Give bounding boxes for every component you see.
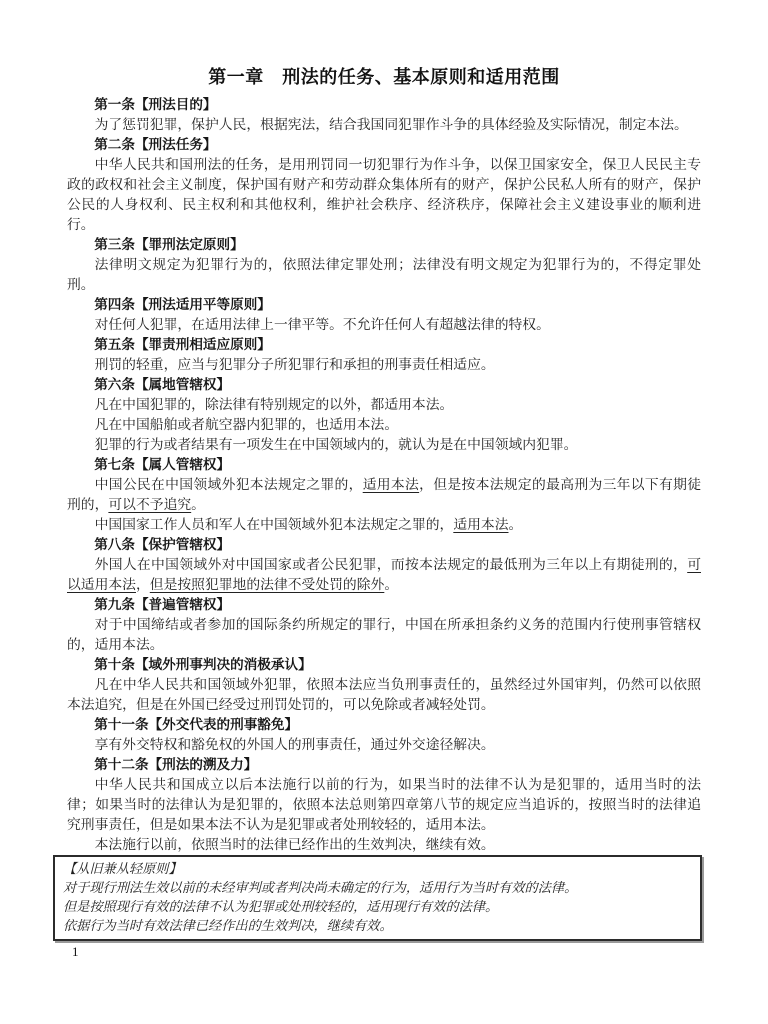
article-heading: 第一条【刑法目的】 <box>67 95 701 115</box>
text-segment: 对于中国缔结或者参加的国际条约所规定的罪行，中国在所承担条约义务的范围内行使刑事… <box>67 617 701 652</box>
article-paragraph: 凡在中国船舶或者航空器内犯罪的，也适用本法。 <box>67 415 701 435</box>
article-heading: 第八条【保护管辖权】 <box>67 535 701 555</box>
page-number: 1 <box>72 944 79 960</box>
text-segment: 。 <box>384 577 398 592</box>
article-heading: 第五条【罪责刑相适应原则】 <box>67 335 701 355</box>
text-segment: 法律明文规定为犯罪行为的，依照法律定罪处刑；法律没有明文规定为犯罪行为的，不得定… <box>67 257 701 292</box>
article-paragraph: 外国人在中国领域外对中国国家或者公民犯罪，而按本法规定的最低刑为三年以上有期徒刑… <box>67 555 701 595</box>
article-heading: 第四条【刑法适用平等原则】 <box>67 295 701 315</box>
article-paragraph: 中华人民共和国成立以后本法施行以前的行为，如果当时的法律不认为是犯罪的，适用当时… <box>67 775 701 835</box>
article-paragraph: 刑罚的轻重，应当与犯罪分子所犯罪行和承担的刑事责任相适应。 <box>67 355 701 375</box>
article-heading: 第七条【属人管辖权】 <box>67 455 701 475</box>
text-segment: ， <box>136 577 150 592</box>
article-paragraph: 凡在中国犯罪的，除法律有特别规定的以外，都适用本法。 <box>67 395 701 415</box>
articles-section: 第一条【刑法目的】为了惩罚犯罪，保护人民，根据宪法，结合我国同犯罪作斗争的具体经… <box>67 95 701 855</box>
text-segment: 中国公民在中国领域外犯本法规定之罪的， <box>95 477 363 492</box>
article-paragraph: 中国公民在中国领域外犯本法规定之罪的，适用本法，但是按本法规定的最高刑为三年以下… <box>67 475 701 515</box>
text-segment: 中华人民共和国成立以后本法施行以前的行为，如果当时的法律不认为是犯罪的，适用当时… <box>67 777 701 832</box>
underlined-text: 适用本法 <box>363 477 419 492</box>
underlined-text: 可以不予追究 <box>108 497 191 512</box>
article-paragraph: 对任何人犯罪，在适用法律上一律平等。不允许任何人有超越法律的特权。 <box>67 315 701 335</box>
text-segment: 享有外交特权和豁免权的外国人的刑事责任，通过外交途径解决。 <box>95 737 495 752</box>
article-paragraph: 中国国家工作人员和军人在中国领域外犯本法规定之罪的，适用本法。 <box>67 515 701 535</box>
annotation-line: 依据行为当时有效法律已经作出的生效判决，继续有效。 <box>63 916 692 935</box>
text-segment: 为了惩罚犯罪，保护人民，根据宪法，结合我国同犯罪作斗争的具体经验及实际情况，制定… <box>95 117 688 132</box>
text-segment: 本法施行以前，依照当时的法律已经作出的生效判决，继续有效。 <box>95 837 495 852</box>
article-heading: 第十条【域外刑事判决的消极承认】 <box>67 655 701 675</box>
text-segment: 对任何人犯罪，在适用法律上一律平等。不允许任何人有超越法律的特权。 <box>95 317 550 332</box>
article-paragraph: 享有外交特权和豁免权的外国人的刑事责任，通过外交途径解决。 <box>67 735 701 755</box>
article-paragraph: 凡在中华人民共和国领域外犯罪，依照本法应当负刑事责任的，虽然经过外国审判，仍然可… <box>67 675 701 715</box>
article-heading: 第二条【刑法任务】 <box>67 135 701 155</box>
text-segment: 。 <box>509 517 523 532</box>
annotation-box-lines: 对于现行刑法生效以前的未经审判或者判决尚未确定的行为，适用行为当时有效的法律。但… <box>63 878 692 935</box>
document-page: 第一章 刑法的任务、基本原则和适用范围 第一条【刑法目的】为了惩罚犯罪，保护人民… <box>0 0 768 1024</box>
text-segment: 刑罚的轻重，应当与犯罪分子所犯罪行和承担的刑事责任相适应。 <box>95 357 495 372</box>
article-heading: 第十二条【刑法的溯及力】 <box>67 755 701 775</box>
text-segment: 凡在中国犯罪的，除法律有特别规定的以外，都适用本法。 <box>95 397 454 412</box>
article-paragraph: 为了惩罚犯罪，保护人民，根据宪法，结合我国同犯罪作斗争的具体经验及实际情况，制定… <box>67 115 701 135</box>
text-segment: 外国人在中国领域外对中国国家或者公民犯罪，而按本法规定的最低刑为三年以上有期徒刑… <box>95 557 688 572</box>
article-heading: 第三条【罪刑法定原则】 <box>67 235 701 255</box>
text-segment: 犯罪的行为或者结果有一项发生在中国领域内的，就认为是在中国领域内犯罪。 <box>95 437 578 452</box>
text-segment: 凡在中国船舶或者航空器内犯罪的，也适用本法。 <box>95 417 399 432</box>
article-paragraph: 法律明文规定为犯罪行为的，依照法律定罪处刑；法律没有明文规定为犯罪行为的，不得定… <box>67 255 701 295</box>
article-heading: 第六条【属地管辖权】 <box>67 375 701 395</box>
article-paragraph: 犯罪的行为或者结果有一项发生在中国领域内的，就认为是在中国领域内犯罪。 <box>67 435 701 455</box>
text-segment: 凡在中华人民共和国领域外犯罪，依照本法应当负刑事责任的，虽然经过外国审判，仍然可… <box>67 677 701 712</box>
text-segment: 中国国家工作人员和军人在中国领域外犯本法规定之罪的， <box>95 517 454 532</box>
annotation-box: 【从旧兼从轻原则】 对于现行刑法生效以前的未经审判或者判决尚未确定的行为，适用行… <box>53 855 702 941</box>
text-segment: 中华人民共和国刑法的任务，是用刑罚同一切犯罪行为作斗争，以保卫国家安全，保卫人民… <box>67 157 701 232</box>
annotation-line: 对于现行刑法生效以前的未经审判或者判决尚未确定的行为，适用行为当时有效的法律。 <box>63 878 692 897</box>
article-heading: 第九条【普遍管辖权】 <box>67 595 701 615</box>
article-heading: 第十一条【外交代表的刑事豁免】 <box>67 715 701 735</box>
annotation-line: 但是按照现行有效的法律不认为犯罪或处刑较轻的，适用现行有效的法律。 <box>63 897 692 916</box>
chapter-title: 第一章 刑法的任务、基本原则和适用范围 <box>67 64 701 90</box>
article-paragraph: 中华人民共和国刑法的任务，是用刑罚同一切犯罪行为作斗争，以保卫国家安全，保卫人民… <box>67 155 701 235</box>
article-paragraph: 本法施行以前，依照当时的法律已经作出的生效判决，继续有效。 <box>67 835 701 855</box>
underlined-text: 但是按照犯罪地的法律不受处罚的除外 <box>150 577 385 592</box>
article-paragraph: 对于中国缔结或者参加的国际条约所规定的罪行，中国在所承担条约义务的范围内行使刑事… <box>67 615 701 655</box>
text-segment: 。 <box>191 497 205 512</box>
underlined-text: 适用本法 <box>453 517 508 532</box>
annotation-box-heading: 【从旧兼从轻原则】 <box>63 859 692 878</box>
